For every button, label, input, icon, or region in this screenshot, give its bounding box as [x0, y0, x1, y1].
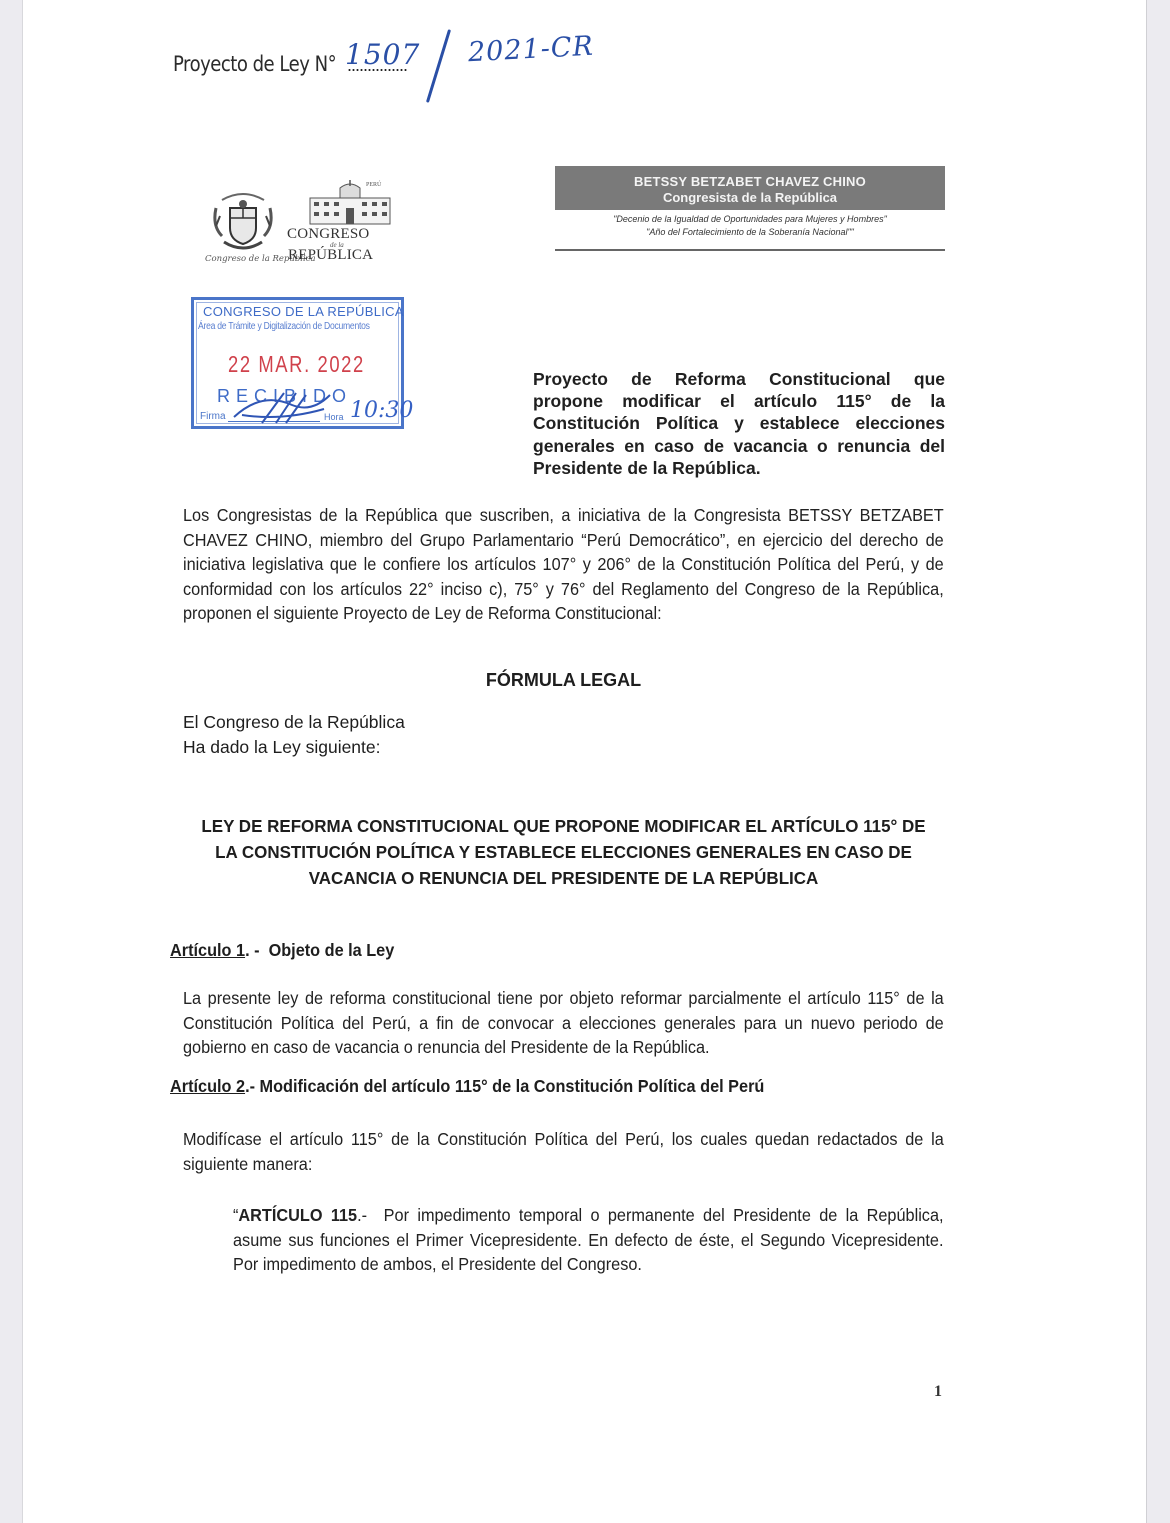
header-rule	[555, 249, 945, 251]
article-1-title: Objeto de la Ley	[269, 940, 395, 960]
year-motto-1: "Decenio de la Igualdad de Oportunidades…	[555, 214, 945, 224]
stamp-title: CONGRESO DE LA REPÚBLICA	[203, 304, 404, 319]
article-2-text: Modifícase el artículo 115° de la Consti…	[183, 1127, 944, 1176]
quoted-article-115: “ARTÍCULO 115.- Por impedimento temporal…	[233, 1203, 944, 1277]
enact-line-1: El Congreso de la República	[183, 710, 405, 735]
congreso-wordmark: CONGRESO	[287, 226, 369, 243]
republica-wordmark: REPÚBLICA	[288, 247, 373, 264]
stamp-date: 22 MAR. 2022	[228, 351, 365, 378]
handwritten-project-number: 1507	[345, 38, 420, 71]
article-1-body: La presente ley de reforma constituciona…	[183, 986, 944, 1060]
signature-scribble-icon	[232, 387, 332, 427]
congresswoman-header: BETSSY BETZABET CHAVEZ CHINO Congresista…	[555, 166, 945, 210]
document-title: Proyecto de Reforma Constitucional que p…	[533, 368, 945, 479]
article-2-separator: .-	[245, 1076, 259, 1096]
article-1-separator: . -	[245, 940, 269, 960]
handwritten-project-year: 2021-CR	[467, 31, 594, 69]
article-1-text: La presente ley de reforma constituciona…	[183, 986, 944, 1060]
article-1-heading: Artículo 1. - Objeto de la Ley	[170, 940, 394, 961]
stamp-time: 10:30	[350, 398, 413, 423]
law-title: LEY DE REFORMA CONSTITUCIONAL QUE PROPON…	[194, 813, 932, 891]
stamp-subtitle: Área de Trámite y Digitalización de Docu…	[198, 321, 370, 332]
stamp-hora-label: Hora	[324, 412, 344, 422]
formula-legal-heading: FÓRMULA LEGAL	[183, 670, 944, 691]
year-motto-2: "Año del Fortalecimiento de la Soberanía…	[555, 227, 945, 237]
page-number: 1	[934, 1383, 942, 1401]
article-2-body: Modifícase el artículo 115° de la Consti…	[183, 1127, 944, 1176]
congress-building-icon: PERÚ	[286, 178, 394, 226]
enacting-clause: El Congreso de la República Ha dado la L…	[183, 710, 405, 759]
intro-text: Los Congresistas de la República que sus…	[183, 503, 944, 626]
intro-paragraph: Los Congresistas de la República que sus…	[183, 503, 944, 626]
article-1-label: Artículo 1	[170, 940, 245, 960]
quoted-article-label: ARTÍCULO 115	[238, 1205, 357, 1225]
svg-text:PERÚ: PERÚ	[366, 180, 382, 188]
article-2-heading: Artículo 2.- Modificación del artículo 1…	[170, 1076, 764, 1097]
coat-of-arms-icon	[212, 186, 274, 256]
enact-line-2: Ha dado la Ley siguiente:	[183, 735, 405, 760]
quoted-article-separator: .-	[357, 1205, 384, 1225]
article-2-label: Artículo 2	[170, 1076, 245, 1096]
article-2-title: Modificación del artículo 115° de la Con…	[260, 1076, 765, 1096]
congresswoman-name: BETSSY BETZABET CHAVEZ CHINO	[555, 174, 945, 189]
project-number-label: Proyecto de Ley N°	[173, 52, 336, 76]
congresswoman-role: Congresista de la República	[555, 190, 945, 205]
stamp-firma-label: Firma	[200, 411, 226, 422]
